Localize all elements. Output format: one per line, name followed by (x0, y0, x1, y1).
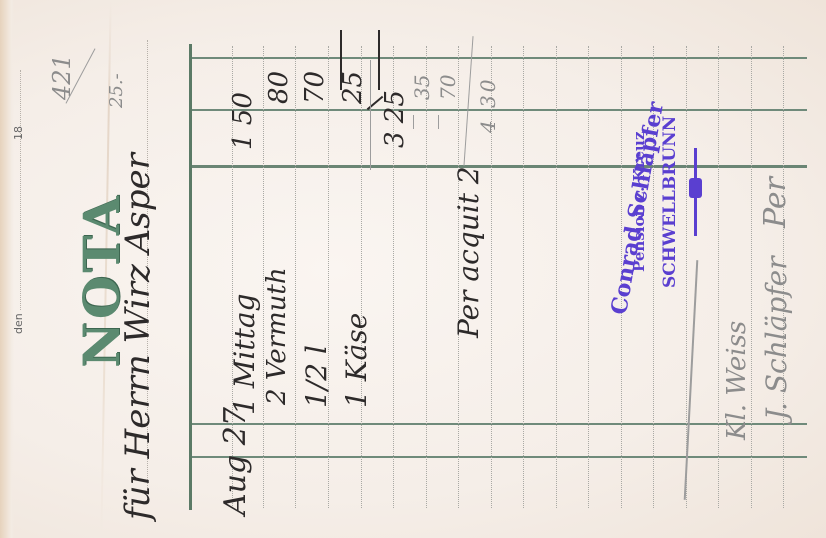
pencil-calc: 35 (410, 75, 434, 100)
dotted-column (556, 46, 557, 508)
nota-card: 18 den NOTA 421 25.- für Herrn Wirz Aspe… (0, 0, 826, 538)
item-amount: 25 (338, 71, 368, 104)
pencil-dash (413, 115, 414, 129)
item-description: 1 Mittag (228, 294, 261, 415)
rule-amount-bottom (192, 165, 807, 168)
dotted-column (328, 46, 329, 508)
edge-stain (0, 0, 14, 538)
paid-note: Per acquit 2 (452, 166, 485, 338)
stamp-line3: SCHWELLBRUNN (660, 116, 680, 288)
rule-amount-top (192, 57, 807, 59)
entry-date: Aug 27 (218, 407, 253, 515)
dotted-column (588, 46, 589, 508)
rule-date-bottom (192, 456, 807, 458)
item-description: 2 Vermuth (262, 267, 292, 405)
pencil-note-25: 25.- (106, 73, 127, 108)
dotted-column (523, 46, 524, 508)
pencil-signature: J. Schläpfer (760, 256, 793, 420)
item-amount: 70 (300, 71, 330, 104)
pencil-calc: 70 (436, 75, 460, 100)
dotted-column (295, 46, 296, 508)
total-sum-stroke (378, 30, 380, 90)
item-description: 1 Käse (340, 313, 373, 408)
pencil-calc-total: 4 30 (476, 76, 500, 133)
stamp-line2: Pension z. Kreuz (630, 132, 648, 272)
item-description: 1/2 l (300, 345, 333, 408)
total-amount: 3 25 (380, 90, 410, 148)
item-amount: 1 50 (228, 92, 258, 150)
pencil-dash (438, 115, 439, 129)
pencil-signature: Kl. Weiss (722, 321, 752, 440)
dotted-column (361, 46, 362, 508)
dotted-column (718, 46, 719, 508)
rule-date-top (192, 423, 807, 425)
date-leader-dots (20, 160, 21, 310)
main-vertical-rule (189, 44, 192, 510)
pencil-divider (370, 60, 371, 170)
den-label: den (12, 313, 25, 334)
dotted-column (426, 46, 427, 508)
pencil-sum-line (463, 36, 473, 166)
amount-sum-stroke (340, 30, 342, 90)
item-amount: 80 (264, 71, 294, 104)
pencil-signature: Per (758, 177, 793, 228)
date-leader-dots (20, 70, 21, 160)
stamp-ornament-center (689, 178, 702, 198)
year-prefix-label: 18 (12, 126, 25, 140)
recipient-name: für Herrn Wirz Asper (118, 153, 158, 520)
